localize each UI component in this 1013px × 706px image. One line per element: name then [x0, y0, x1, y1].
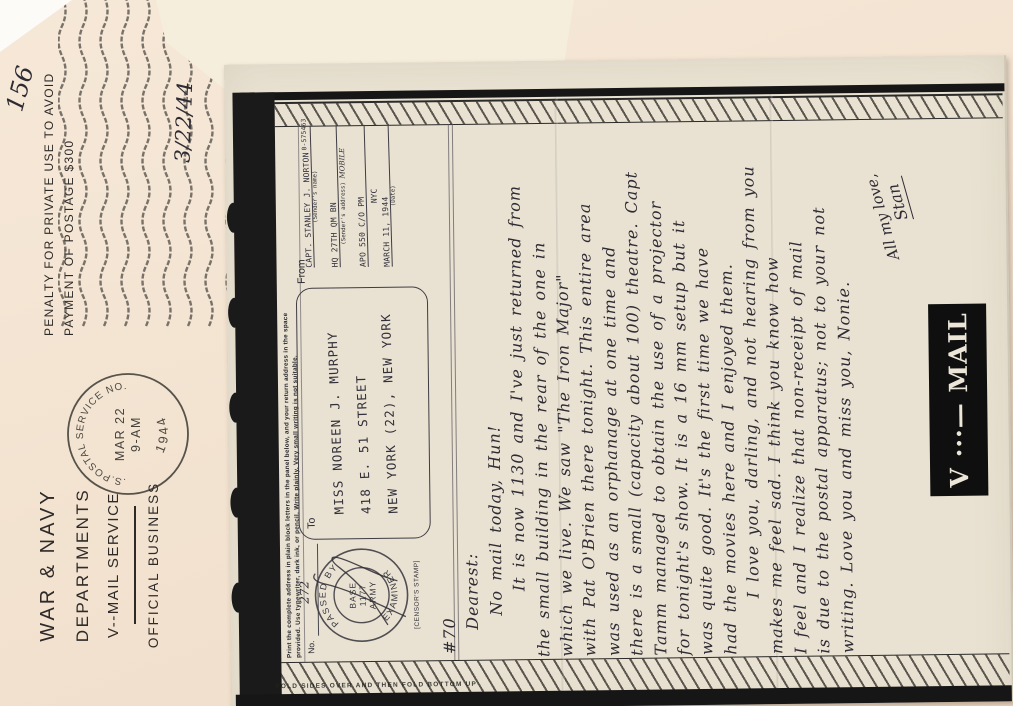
sender-address2: APO 550 C/O PM [345, 125, 369, 268]
censor-arc-top: PASSED BY [317, 562, 341, 630]
vmail-service-line: V--MAIL SERVICE [105, 430, 122, 700]
svg-text:EXAMINER: EXAMINER [380, 567, 400, 623]
to-label: To [306, 518, 318, 529]
censor-center-3: ARMY [367, 581, 377, 610]
sender-serial: 0-575463 [300, 118, 308, 150]
vmail-photo-print: FOLD SIDES OVER AND THEN FOLD BOTTOM UP … [224, 55, 1013, 706]
official-return-block: WAR & NAVY DEPARTMENTS V--MAIL SERVICE O… [35, 430, 225, 700]
svg-text:PASSED BY: PASSED BY [317, 562, 341, 630]
divider-rule [134, 506, 136, 624]
letter-body: #70 Dearest: No mail today, Hun! It is n… [432, 119, 860, 658]
censor-arc-bottom: EXAMINER [380, 567, 400, 623]
to-address-panel: To MISS NOREEN J. MURPHY 418 E. 51 STREE… [296, 286, 431, 540]
sender-name: CAPT. STANLEY J. NORTON0-575463 [291, 126, 315, 269]
sender-address1: HQ 27TH QM BN [317, 125, 341, 268]
vmail-letter-form: Print the complete address in plain bloc… [280, 117, 1006, 662]
censor-stamp: PASSED BY EXAMINER BASE 1177 ARMY [309, 543, 414, 648]
departments-line: DEPARTMENTS [73, 430, 93, 700]
from-address-panel: From CAPT. STANLEY J. NORTON0-575463 (Se… [292, 124, 446, 284]
war-navy-line: WAR & NAVY [37, 430, 60, 700]
censor-stamp-caption: [CENSOR'S STAMP] [413, 542, 421, 646]
scanned-vmail-document: PENALTY FOR PRIVATE USE TO AVOID PAYMENT… [0, 0, 1013, 706]
censor-center-1: BASE [347, 582, 357, 609]
vmail-banner: V ···— MAIL [928, 304, 988, 497]
official-business-line: OFFICIAL BUSINESS [146, 430, 161, 700]
film-strip-band [232, 92, 281, 702]
signature: All my love, Stan [862, 166, 924, 262]
